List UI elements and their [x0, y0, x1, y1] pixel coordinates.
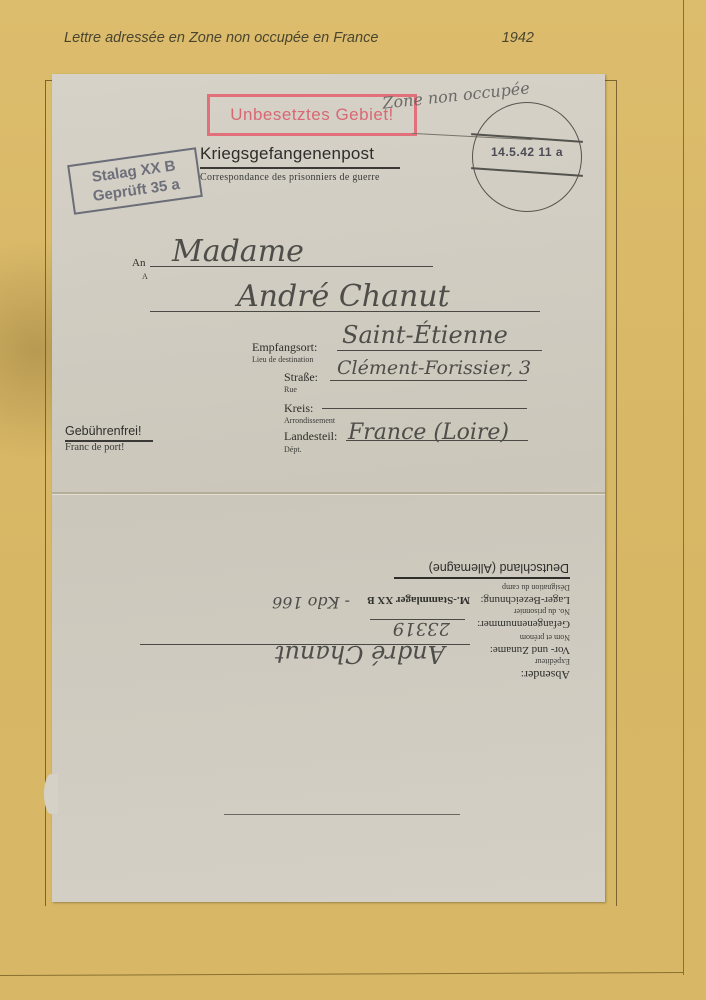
album-year: 1942 [502, 30, 534, 46]
card-back-upside-down: Deutschland (Allemagne) Absender: Expédi… [52, 494, 605, 902]
strasse-value: Clément-Forissier, 3 [337, 357, 531, 379]
pow-postcard: Unbesetztes Gebiet! Zone non occupée Kri… [52, 74, 605, 902]
an-label: An [132, 257, 145, 269]
recipient-title: Madame [172, 234, 304, 269]
absender-label-fr: Expéditeur [535, 657, 570, 666]
strasse-label-fr: Rue [284, 385, 297, 394]
album-page-rule-bottom [0, 972, 684, 976]
landesteil-value: France (Loire) [348, 420, 509, 445]
an-label-fr: A [142, 272, 148, 281]
empfangsort-label-fr: Lieu de destination [252, 355, 313, 364]
album-page-rule-right [683, 0, 684, 975]
sender-name: André Chanut [275, 640, 445, 668]
kreis-line [322, 408, 527, 409]
empfangsort-value: Saint-Étienne [342, 321, 508, 349]
card-subtitle: Correspondance des prisonniers de guerre [200, 172, 380, 183]
camp-label-fr: Désignation du camp [502, 583, 570, 592]
postmark-icon: 14.5.42 11 a [472, 102, 582, 212]
number-label-fr: No. du prisonnier [514, 607, 570, 616]
strasse-label: Straße: [284, 370, 318, 385]
strasse-line [330, 380, 527, 381]
back-blank-line [224, 814, 460, 815]
name-label-fr: Nom et prénom [520, 633, 570, 642]
name-label: Vor- und Zuname: [490, 644, 570, 656]
red-stamp-text: Unbesetztes Gebiet! [230, 105, 394, 125]
censor-stamp: Stalag XX B Geprüft 35 a [67, 147, 203, 215]
camp-label: Lager-Bezeichnung: [480, 594, 570, 606]
recipient-name: André Chanut [237, 279, 450, 314]
album-page-header: Lettre adressée en Zone non occupée en F… [64, 30, 534, 46]
postage-free-label-fr: Franc de port! [65, 442, 124, 453]
absender-label: Absender: [521, 667, 570, 682]
kreis-label-fr: Arrondissement [284, 416, 335, 425]
postage-free-label: Gebührenfrei! [65, 424, 141, 438]
number-label: Gefangenennummer: [477, 618, 570, 630]
postmark-date: 14.5.42 11 a [491, 145, 563, 159]
camp-value: M.-Stammlager XX B [367, 594, 470, 606]
landesteil-label-fr: Dépt. [284, 445, 302, 454]
country-rule [394, 577, 570, 579]
title-rule [200, 167, 400, 169]
empfangsort-label: Empfangsort: [252, 340, 317, 355]
card-title: Kriegsgefangenenpost [200, 144, 374, 164]
landesteil-label: Landesteil: [284, 429, 337, 444]
empfangsort-line [337, 350, 542, 351]
camp-handwritten: - Kdo 166 [272, 593, 350, 612]
kreis-label: Kreis: [284, 401, 313, 416]
album-caption: Lettre adressée en Zone non occupée en F… [64, 30, 378, 46]
prisoner-number: 23319 [393, 618, 450, 639]
country-label: Deutschland (Allemagne) [429, 561, 569, 575]
